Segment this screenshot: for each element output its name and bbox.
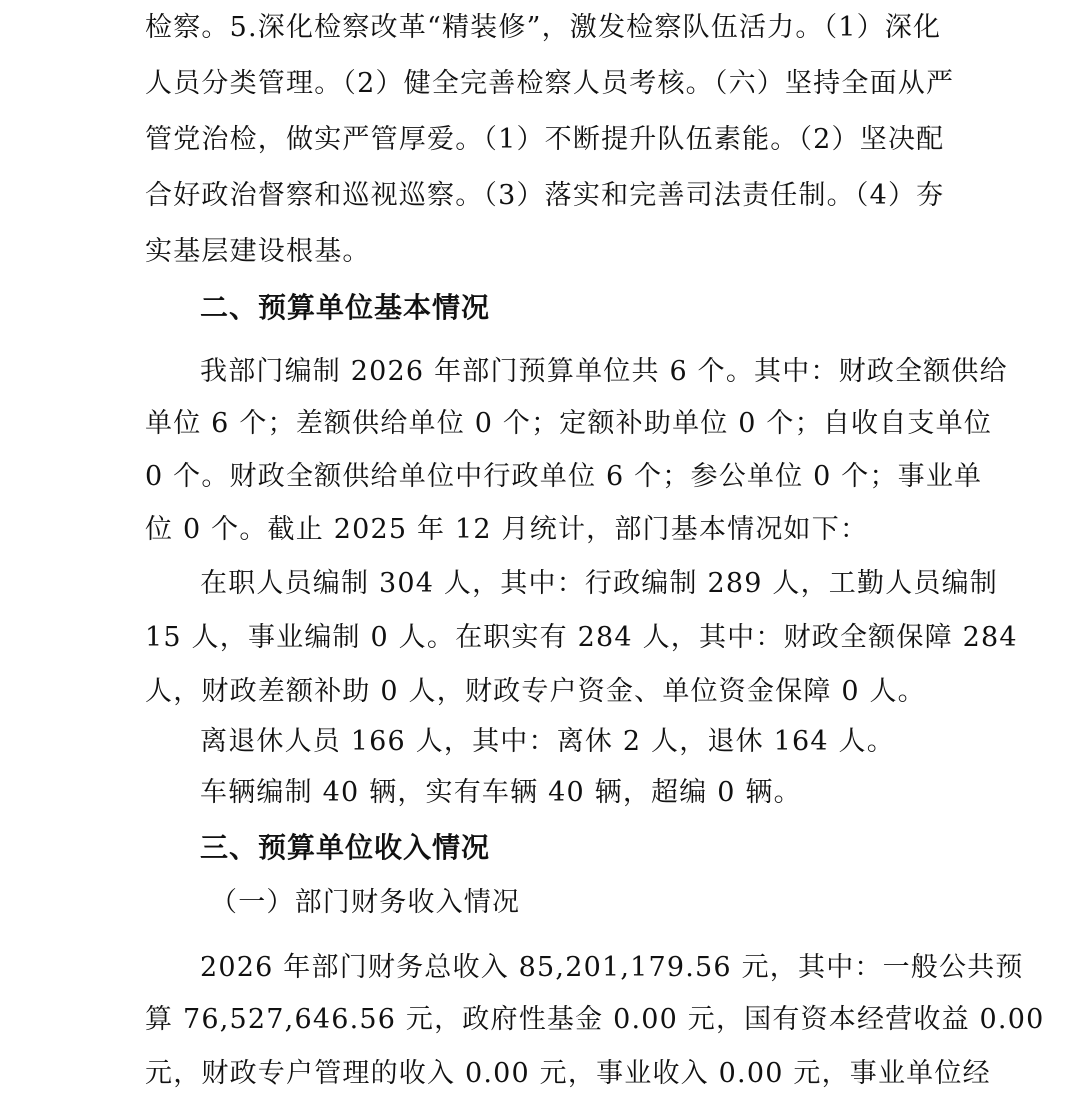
text-line: 人员分类管理。（2）健全完善检察人员考核。（六）坚持全面从严 xyxy=(145,68,931,100)
text-line: 元，财政专户管理的收入 0.00 元，事业收入 0.00 元，事业单位经 xyxy=(145,1058,931,1090)
text-line: 人，财政差额补助 0 人，财政专户资金、单位资金保障 0 人。 xyxy=(145,676,926,708)
text-line: 15 人，事业编制 0 人。在职实有 284 人，其中：财政全额保障 284 xyxy=(145,622,931,654)
text-line: 在职人员编制 304 人，其中：行政编制 289 人，工勤人员编制 xyxy=(200,568,931,600)
section-heading: 二、预算单位基本情况 xyxy=(200,292,490,324)
text-line: 0 个。财政全额供给单位中行政单位 6 个；参公单位 0 个；事业单 xyxy=(145,461,931,493)
text-line: 管党治检，做实严管厚爱。（1）不断提升队伍素能。（2）坚决配 xyxy=(145,124,931,156)
text-line: 实基层建设根基。 xyxy=(145,236,371,268)
text-line: 位 0 个。截止 2025 年 12 月统计，部门基本情况如下： xyxy=(145,514,868,546)
text-line: 算 76,527,646.56 元，政府性基金 0.00 元，国有资本经营收益 … xyxy=(145,1004,931,1036)
text-line: 车辆编制 40 辆，实有车辆 40 辆，超编 0 辆。 xyxy=(200,777,802,809)
text-line: 离退休人员 166 人，其中：离休 2 人，退休 164 人。 xyxy=(200,726,895,758)
subsection-heading: （一）部门财务收入情况 xyxy=(210,887,520,919)
text-line: 单位 6 个；差额供给单位 0 个；定额补助单位 0 个；自收自支单位 xyxy=(145,408,931,440)
text-line: 我部门编制 2026 年部门预算单位共 6 个。其中：财政全额供给 xyxy=(200,356,931,388)
text-line: 合好政治督察和巡视巡察。（3）落实和完善司法责任制。（4）夯 xyxy=(145,180,931,212)
text-line: 2026 年部门财务总收入 85,201,179.56 元，其中：一般公共预 xyxy=(200,952,931,984)
text-line: 检察。5.深化检察改革“精装修”，激发检察队伍活力。（1）深化 xyxy=(145,12,931,44)
section-heading: 三、预算单位收入情况 xyxy=(200,832,490,864)
